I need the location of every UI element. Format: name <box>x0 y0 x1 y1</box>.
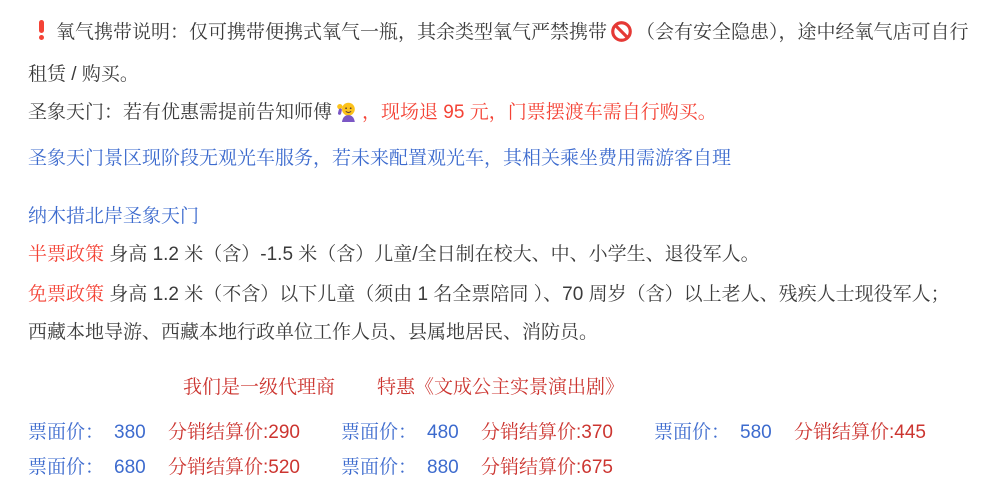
oxygen-notice-text-2: （会有安全隐患），途中经氧气店可自行 <box>636 22 969 43</box>
distribution-price-label: 分销结算价: <box>481 457 581 478</box>
price-row-1: 票面价：380分销结算价:290票面价：480分销结算价:370票面价：580分… <box>28 415 970 450</box>
face-price-label: 票面价： <box>28 457 104 478</box>
distribution-price-value: 675 <box>581 457 613 478</box>
agent-statement: 我们是一级代理商 <box>183 377 335 398</box>
page: { "colors": { "body_text": "#3b3b3b", "b… <box>0 0 1000 494</box>
distribution-price: 分销结算价:290 <box>168 415 341 450</box>
distribution-price-value: 290 <box>268 422 300 443</box>
person-raising-hand-icon <box>336 98 358 136</box>
distribution-price-label: 分销结算价: <box>794 422 894 443</box>
face-price-label: 票面价： <box>341 422 417 443</box>
shengxiang-red-text: ，现场退 95 元，门票摆渡车需自行购买。 <box>362 102 717 123</box>
distribution-price-label: 分销结算价: <box>481 422 581 443</box>
oxygen-notice-text: 氧气携带说明：仅可携带便携式氧气一瓶，其余类型氧气严禁携带 <box>56 22 607 43</box>
distribution-price: 分销结算价:370 <box>481 415 654 450</box>
shengxiang-paragraph: 圣象天门：若有优惠需提前告知师傅，现场退 95 元，门票摆渡车需自行购买。 <box>28 94 970 136</box>
oxygen-notice-paragraph: 氧气携带说明：仅可携带便携式氧气一瓶，其余类型氧气严禁携带（会有安全隐患），途中… <box>28 14 970 94</box>
distribution-price-label: 分销结算价: <box>168 457 268 478</box>
face-price: 票面价：380 <box>28 415 168 450</box>
oxygen-notice-line2: 租赁 / 购买。 <box>28 56 970 94</box>
section-title: 纳木措北岸圣象天门 <box>28 198 970 236</box>
no-entry-icon <box>611 18 632 56</box>
face-price-label: 票面价： <box>28 422 104 443</box>
face-price-value: 880 <box>427 457 459 478</box>
shengxiang-black-text: 圣象天门：若有优惠需提前告知师傅 <box>28 102 332 123</box>
face-price-label: 票面价： <box>341 457 417 478</box>
half-ticket-text: 身高 1.2 米（含）-1.5 米（含）儿童/全日制在校大、中、小学生、退役军人… <box>109 244 759 265</box>
face-price-value: 580 <box>740 422 772 443</box>
special-offer-title: 特惠《文成公主实景演出剧》 <box>377 377 624 398</box>
exclamation-icon <box>36 20 48 40</box>
free-ticket-text-line2: 西藏本地导游、西藏本地行政单位工作人员、县属地居民、消防员。 <box>28 314 970 352</box>
document: 氧气携带说明：仅可携带便携式氧气一瓶，其余类型氧气严禁携带（会有安全隐患），途中… <box>0 0 1000 485</box>
face-price-value: 480 <box>427 422 459 443</box>
distribution-price-value: 445 <box>894 422 926 443</box>
free-ticket-label: 免票政策 <box>28 284 104 305</box>
sightseeing-note: 圣象天门景区现阶段无观光车服务，若未来配置观光车，其相关乘坐费用需游客自理 <box>28 140 970 178</box>
distribution-price: 分销结算价:445 <box>794 415 967 450</box>
half-ticket-policy: 半票政策 身高 1.2 米（含）-1.5 米（含）儿童/全日制在校大、中、小学生… <box>28 236 970 274</box>
face-price: 票面价：680 <box>28 450 168 485</box>
face-price: 票面价：580 <box>654 415 794 450</box>
distribution-price-value: 520 <box>268 457 300 478</box>
half-ticket-label: 半票政策 <box>28 244 104 265</box>
face-price: 票面价：480 <box>341 415 481 450</box>
face-price-label: 票面价： <box>654 422 730 443</box>
face-price-value: 380 <box>114 422 146 443</box>
free-ticket-policy: 免票政策 身高 1.2 米（不含）以下儿童（须由 1 名全票陪同 ）、70 周岁… <box>28 276 970 352</box>
promo-heading: 我们是一级代理商特惠《文成公主实景演出剧》 <box>28 369 970 407</box>
distribution-price: 分销结算价:520 <box>168 450 341 485</box>
face-price: 票面价：880 <box>341 450 481 485</box>
free-ticket-text-line1: 身高 1.2 米（不含）以下儿童（须由 1 名全票陪同 ）、70 周岁（含）以上… <box>109 284 949 305</box>
price-row-2: 票面价：680分销结算价:520票面价：880分销结算价:675 <box>28 450 970 485</box>
distribution-price-value: 370 <box>581 422 613 443</box>
face-price-value: 680 <box>114 457 146 478</box>
distribution-price-label: 分销结算价: <box>168 422 268 443</box>
distribution-price: 分销结算价:675 <box>481 450 654 485</box>
